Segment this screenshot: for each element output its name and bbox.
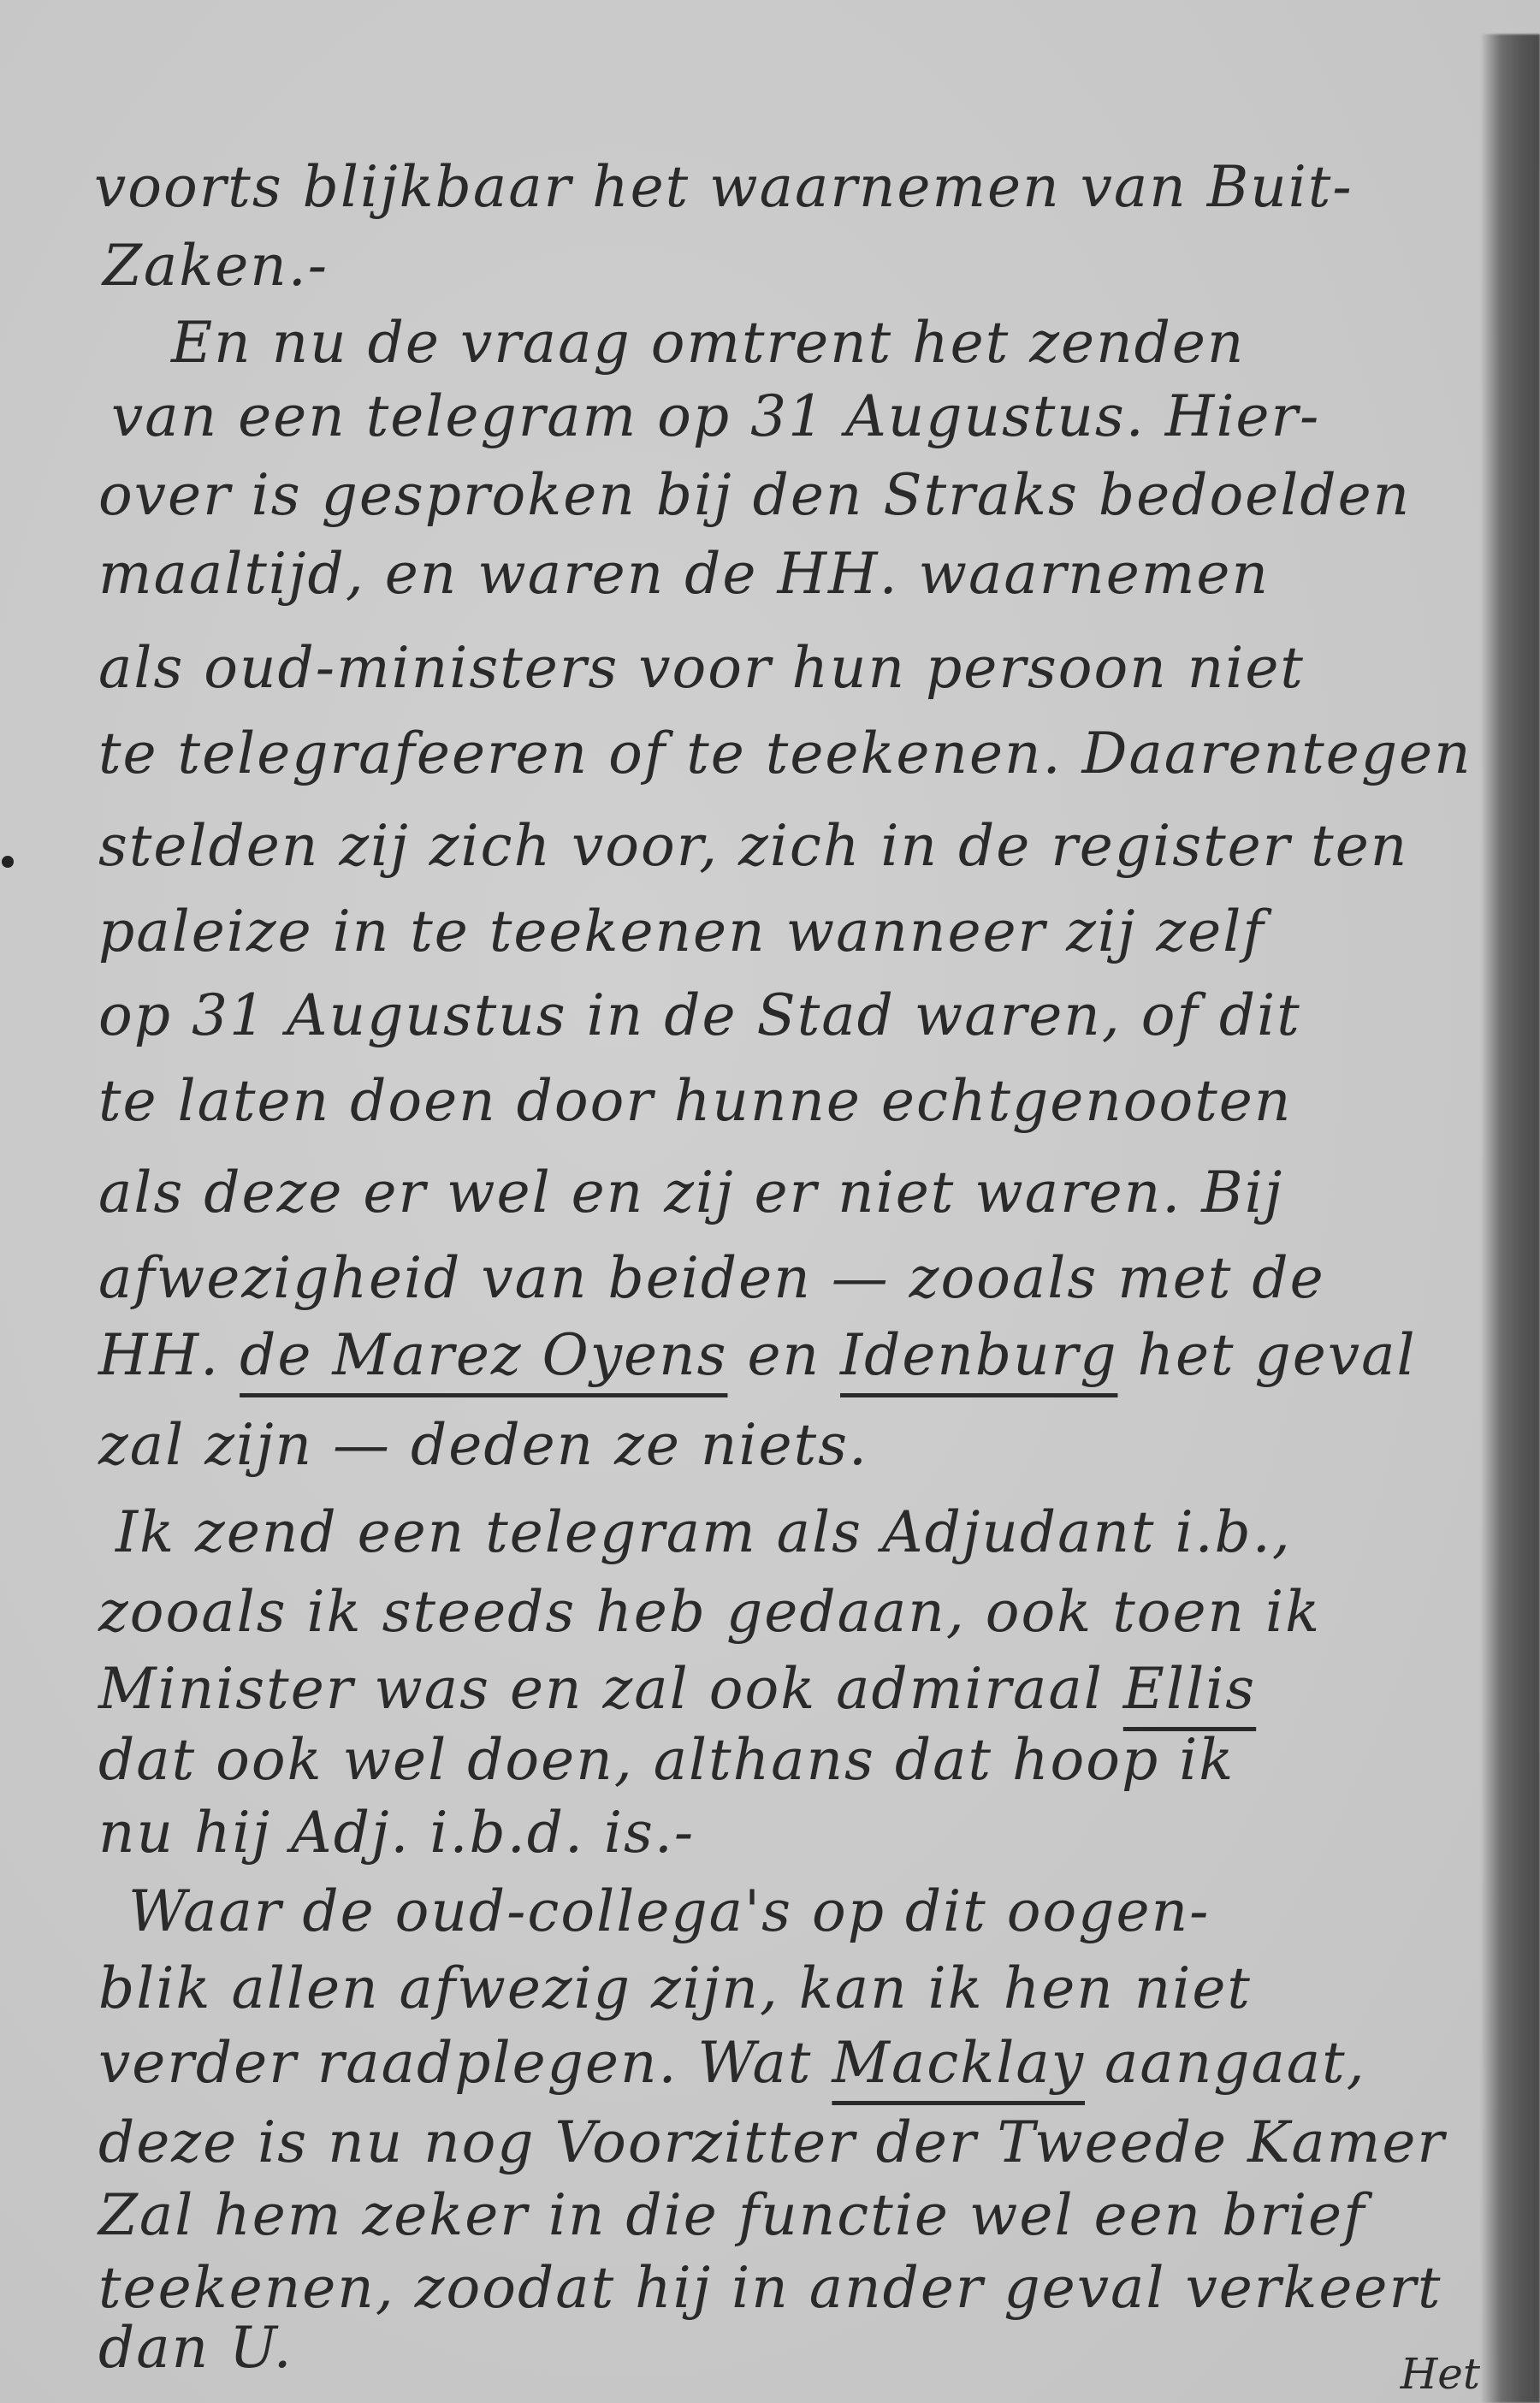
- underlined-name-macklay: Macklay: [832, 2030, 1085, 2096]
- text-line-15: HH. de Marez Oyens en Idenburg het geval: [98, 1322, 1417, 1388]
- text-line-22: Waar de oud-collega's op dit oogen-: [128, 1878, 1210, 1944]
- text-line-9: stelden zij zich voor, zich in de regist…: [98, 813, 1408, 879]
- text-line-14: afwezigheid van beiden — zooals met de: [98, 1245, 1325, 1311]
- text-line-4: van een telegram op 31 Augustus. Hier-: [111, 383, 1320, 449]
- underlined-name-idenburg: Idenburg: [840, 1322, 1117, 1388]
- text-line-8: te telegrafeeren of te teekenen. Daarent…: [98, 721, 1472, 786]
- text-line-25: deze is nu nog Voorzitter der Tweede Kam…: [98, 2109, 1446, 2175]
- text-line-12: te laten doen door hunne echtgenooten: [98, 1068, 1292, 1134]
- binding-shadow: [1480, 34, 1540, 2403]
- text-line-26: Zal hem zeker in die functie wel een bri…: [98, 2182, 1366, 2248]
- text-line-19: Minister was en zal ook admiraal Ellis: [98, 1656, 1256, 1722]
- text-line-10: paleize in te teekenen wanneer zij zelf: [98, 899, 1265, 964]
- text-line-6: maaltijd, en waren de HH. waarnemen: [98, 541, 1270, 607]
- text-line-18: zooals ik steeds heb gedaan, ook toen ik: [98, 1579, 1321, 1645]
- text-line-16: zal zijn — deden ze niets.: [98, 1412, 868, 1478]
- text-het-geval: het geval: [1117, 1322, 1416, 1388]
- text-line-2: Zaken.-: [103, 233, 329, 299]
- text-line-23: blik allen afwezig zijn, kan ik hen niet: [98, 1955, 1252, 2021]
- catchword-next-page: Het: [1401, 2349, 1480, 2399]
- text-line-3: En nu de vraag omtrent het zenden: [171, 310, 1245, 376]
- text-minister-was: Minister was en zal ook admiraal: [98, 1656, 1123, 1722]
- text-and: en: [727, 1322, 840, 1388]
- scanned-page: voorts blijkbaar het waarnemen van Buit-…: [0, 0, 1540, 2403]
- text-verder: verder raadplegen. Wat: [98, 2030, 832, 2096]
- text-line-1: voorts blijkbaar het waarnemen van Buit-: [94, 154, 1353, 220]
- underlined-name-de-marez-oyens: de Marez Oyens: [240, 1322, 727, 1388]
- text-line-5: over is gesproken bij den Straks bedoeld…: [98, 462, 1411, 528]
- text-aangaat: aangaat,: [1085, 2030, 1366, 2096]
- text-line-20: dat ook wel doen, althans dat hoop ik: [98, 1727, 1235, 1793]
- text-line-21: nu hij Adj. i.b.d. is.-: [98, 1800, 695, 1866]
- text-line-28: dan U.: [98, 2315, 293, 2381]
- text-line-13: als deze er wel en zij er niet waren. Bi…: [98, 1160, 1283, 1225]
- text-line-11: op 31 Augustus in de Stad waren, of dit: [98, 982, 1301, 1048]
- text-line-17: Ik zend een telegram als Adjudant i.b.,: [115, 1499, 1292, 1565]
- underlined-name-ellis: Ellis: [1123, 1656, 1256, 1722]
- text-line-7: als oud-ministers voor hun persoon niet: [98, 635, 1305, 701]
- text-line-27: teekenen, zoodat hij in ander geval verk…: [98, 2255, 1442, 2321]
- text-line-24: verder raadplegen. Wat Macklay aangaat,: [98, 2030, 1366, 2096]
- handwritten-text: voorts blijkbaar het waarnemen van Buit-…: [0, 0, 1480, 2403]
- text-hh: HH.: [98, 1322, 240, 1388]
